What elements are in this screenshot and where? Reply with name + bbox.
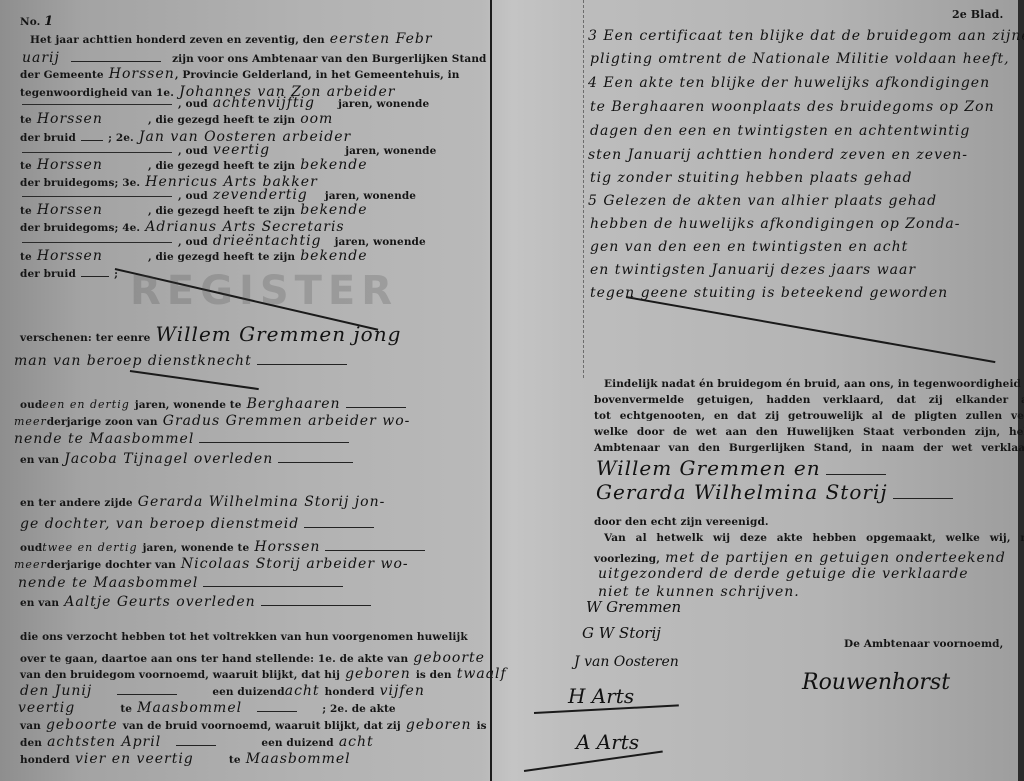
bride-relation-line: der bruid ; xyxy=(20,262,118,281)
declaration-line-2: bovenvermelde getuigen, hadden verklaard… xyxy=(594,394,1024,406)
groom-father-residence-line: nende te Maasbommel xyxy=(14,428,349,447)
groom-parent-line: meerderjarige zoon van Gradus Gremmen ar… xyxy=(14,410,410,429)
signature-bride: G W Storij xyxy=(582,624,661,642)
left-page: No. 1 Het jaar achttien honderd zeven en… xyxy=(0,0,492,781)
witness-1-residence-line: te Horssen , die gezegd heeft te zijn oo… xyxy=(20,108,333,127)
intro-line-1: Het jaar achttien honderd zeven en zeven… xyxy=(30,28,433,47)
document-scan: No. 1 Het jaar achttien honderd zeven en… xyxy=(0,0,1024,781)
register-stamp: REGISTER xyxy=(130,268,398,314)
closing-line-2: voorlezing, met de partijen en getuigen … xyxy=(594,547,1006,566)
signature-witness-3: H Arts xyxy=(568,684,634,708)
bride-father-residence-line: nende te Maasbommel xyxy=(18,572,343,591)
bride-mother-line: en van Aaltje Geurts overleden xyxy=(20,591,371,610)
right-page: 2e Blad. 3 Een certificaat ten blijke da… xyxy=(494,0,1024,781)
handwritten-line-10: gen van den een en twintigsten en acht xyxy=(590,239,908,255)
void-strike-line xyxy=(626,296,996,363)
handwritten-line-1: 3 Een certificaat ten blijke dat de brui… xyxy=(588,28,1024,44)
signature-groom: W Gremmen xyxy=(586,598,681,616)
handwritten-line-8: 5 Gelezen de akten van alhier plaats geh… xyxy=(588,193,937,209)
handwritten-line-2: pligting omtrent de Nationale Militie vo… xyxy=(590,51,1010,67)
bride-parent-line: meerderjarige dochter van Nicolaas Stori… xyxy=(14,553,409,572)
bride-occupation-line: ge dochter, van beroep dienstmeid xyxy=(20,513,374,532)
handwritten-line-3: 4 Een akte ten blijke der huwelijks afko… xyxy=(588,75,990,91)
handwritten-line-7: tig zonder stuiting hebben plaats gehad xyxy=(590,170,913,186)
signature-witness-4: A Arts xyxy=(576,730,639,754)
handwritten-line-5: dagen den een en twintigsten en achtentw… xyxy=(590,123,970,139)
spouse-2-line: Gerarda Wilhelmina Storij xyxy=(596,480,953,504)
groom-name-line: verschenen: ter eenre Willem Gremmen jon… xyxy=(20,322,401,346)
declaration-line-3: tot echtgenooten, en dat zij getrouwelij… xyxy=(594,410,1024,422)
handwritten-line-6: sten Januarij achttien honderd zeven en … xyxy=(588,147,968,163)
record-number: No. 1 xyxy=(20,14,54,29)
groom-mother-line: en van Jacoba Tijnagel overleden xyxy=(20,448,353,467)
declaration-line-5: Ambtenaar van den Burgerlijken Stand, in… xyxy=(594,442,1024,454)
signature-official: Rouwenhorst xyxy=(802,670,950,695)
handwritten-line-11: en twintigsten Januarij dezes jaars waar xyxy=(590,262,916,278)
handwritten-line-9: hebben de huwelijks afkondigingen op Zon… xyxy=(590,216,961,232)
signature-witness-2: J van Oosteren xyxy=(574,654,679,670)
documents-line-1: die ons verzocht hebben tot het voltrekk… xyxy=(20,631,468,643)
united-line: door den echt zijn vereenigd. xyxy=(594,516,769,528)
handwritten-line-4: te Berghaaren woonplaats des bruidegoms … xyxy=(590,99,995,115)
closing-line-1: Van al hetwelk wij deze akte hebben opge… xyxy=(604,532,1024,544)
declaration-line-1: Eindelijk nadat én bruidegom én bruid, a… xyxy=(604,378,1024,390)
spouse-1-line: Willem Gremmen en xyxy=(596,456,886,480)
sheet-label: 2e Blad. xyxy=(952,8,1003,21)
page-fold xyxy=(490,0,492,781)
intro-line-3: der Gemeente Horssen, Provincie Gelderla… xyxy=(20,63,459,82)
groom-occupation-line: man van beroep dienstknecht xyxy=(14,350,347,369)
closing-line-3: uitgezonderd de derde getuige die verkla… xyxy=(598,566,969,582)
declaration-line-4: welke door de wet aan den Huwelijken Sta… xyxy=(594,426,1024,438)
bride-name-line: en ter andere zijde Gerarda Wilhelmina S… xyxy=(20,491,385,510)
documents-line-8: honderd vier en veertig te Maasbommel xyxy=(20,748,351,767)
official-label: De Ambtenaar voornoemd, xyxy=(844,638,1003,650)
